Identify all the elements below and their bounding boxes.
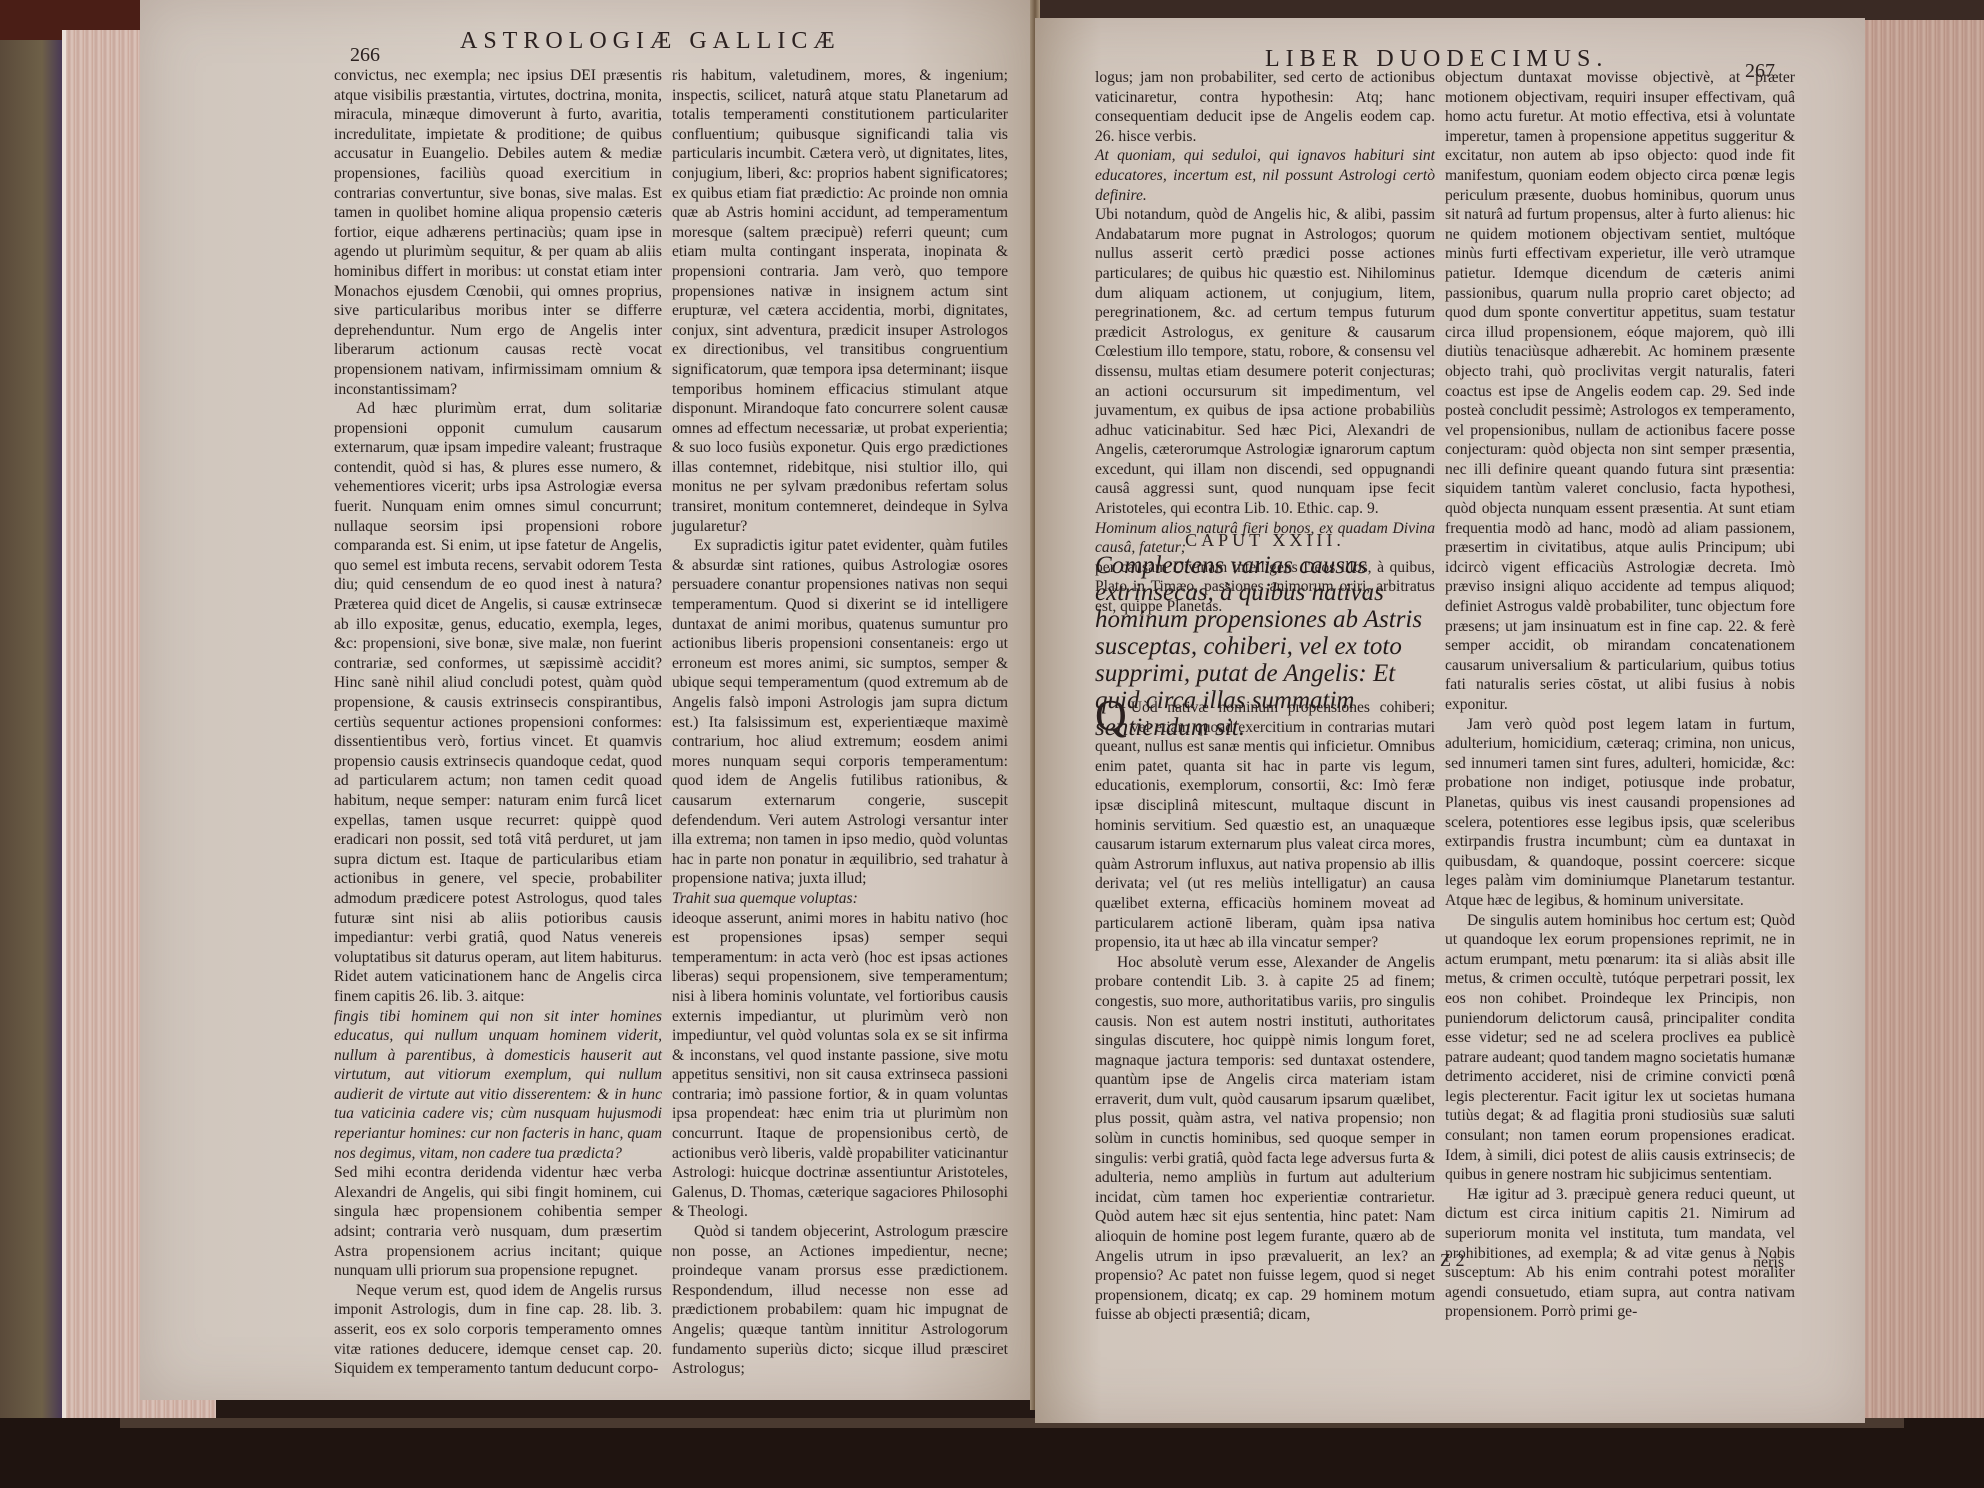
text-column-right-2: objectum duntaxat movisse objectivè, at … bbox=[1445, 68, 1795, 1322]
running-head: ASTROLOGIÆ GALLICÆ bbox=[460, 28, 841, 55]
left-page: 266 ASTROLOGIÆ GALLICÆ convictus, nec ex… bbox=[140, 0, 1035, 1400]
paragraph: ris habitum, valetudinem, mores, & ingen… bbox=[672, 66, 1008, 536]
paragraph: De singulis autem hominibus hoc certum e… bbox=[1445, 911, 1795, 1185]
paragraph: At quoniam, qui seduloi, qui ignavos hab… bbox=[1095, 146, 1435, 205]
paragraph-text: Uòd nativæ hominum propensiones cohiberi… bbox=[1095, 699, 1435, 951]
paragraph: Trahit sua quemque voluptas: bbox=[672, 889, 1008, 909]
text-column-left-1: convictus, nec exempla; nec ipsius DEI p… bbox=[334, 66, 662, 1379]
book-cover-left bbox=[0, 0, 70, 1488]
page-number: 266 bbox=[350, 44, 380, 67]
paragraph: QUòd nativæ hominum propensiones cohiber… bbox=[1095, 698, 1435, 953]
paragraph: convictus, nec exempla; nec ipsius DEI p… bbox=[334, 66, 662, 399]
paragraph: objectum duntaxat movisse objectivè, at … bbox=[1445, 68, 1795, 715]
book-cover-bottom bbox=[0, 1418, 1984, 1488]
paragraph: Jam verò quòd post legem latam in furtum… bbox=[1445, 715, 1795, 911]
chapter-label: CAPUT XXIII. bbox=[1095, 530, 1435, 551]
signature-mark: Z 2 bbox=[1440, 1250, 1465, 1271]
paragraph: Sed mihi econtra deridenda videntur hæc … bbox=[334, 1163, 662, 1281]
paragraph: Quòd si tandem objecerint, Astrologum pr… bbox=[672, 1222, 1008, 1379]
paragraph: fingis tibi hominem qui non sit inter ho… bbox=[334, 1007, 662, 1164]
drop-cap: Q bbox=[1095, 698, 1127, 734]
page-edges-right bbox=[1864, 20, 1984, 1440]
text-column-right-1-bottom: QUòd nativæ hominum propensiones cohiber… bbox=[1095, 698, 1435, 1325]
text-column-left-2: ris habitum, valetudinem, mores, & ingen… bbox=[672, 66, 1008, 1379]
paragraph: Ex supradictis igitur patet evidenter, q… bbox=[672, 536, 1008, 889]
paragraph: Neque verum est, quod idem de Angelis ru… bbox=[334, 1281, 662, 1379]
right-page: LIBER DUODECIMUS. 267 logus; jam non pro… bbox=[1035, 18, 1865, 1423]
paragraph: Hæ igitur ad 3. præcipuè genera reduci q… bbox=[1445, 1185, 1795, 1322]
paragraph: Ubi notandum, quòd de Angelis hic, & ali… bbox=[1095, 205, 1435, 519]
catchword: neris bbox=[1753, 1254, 1784, 1272]
paragraph: Hoc absolutè verum esse, Alexander de An… bbox=[1095, 953, 1435, 1325]
paragraph: logus; jam non probabiliter, sed certo d… bbox=[1095, 68, 1435, 146]
paragraph: ideoque asserunt, animi mores in habitu … bbox=[672, 909, 1008, 1223]
paragraph: Ad hæc plurimùm errat, dum solitariæ pro… bbox=[334, 399, 662, 1006]
